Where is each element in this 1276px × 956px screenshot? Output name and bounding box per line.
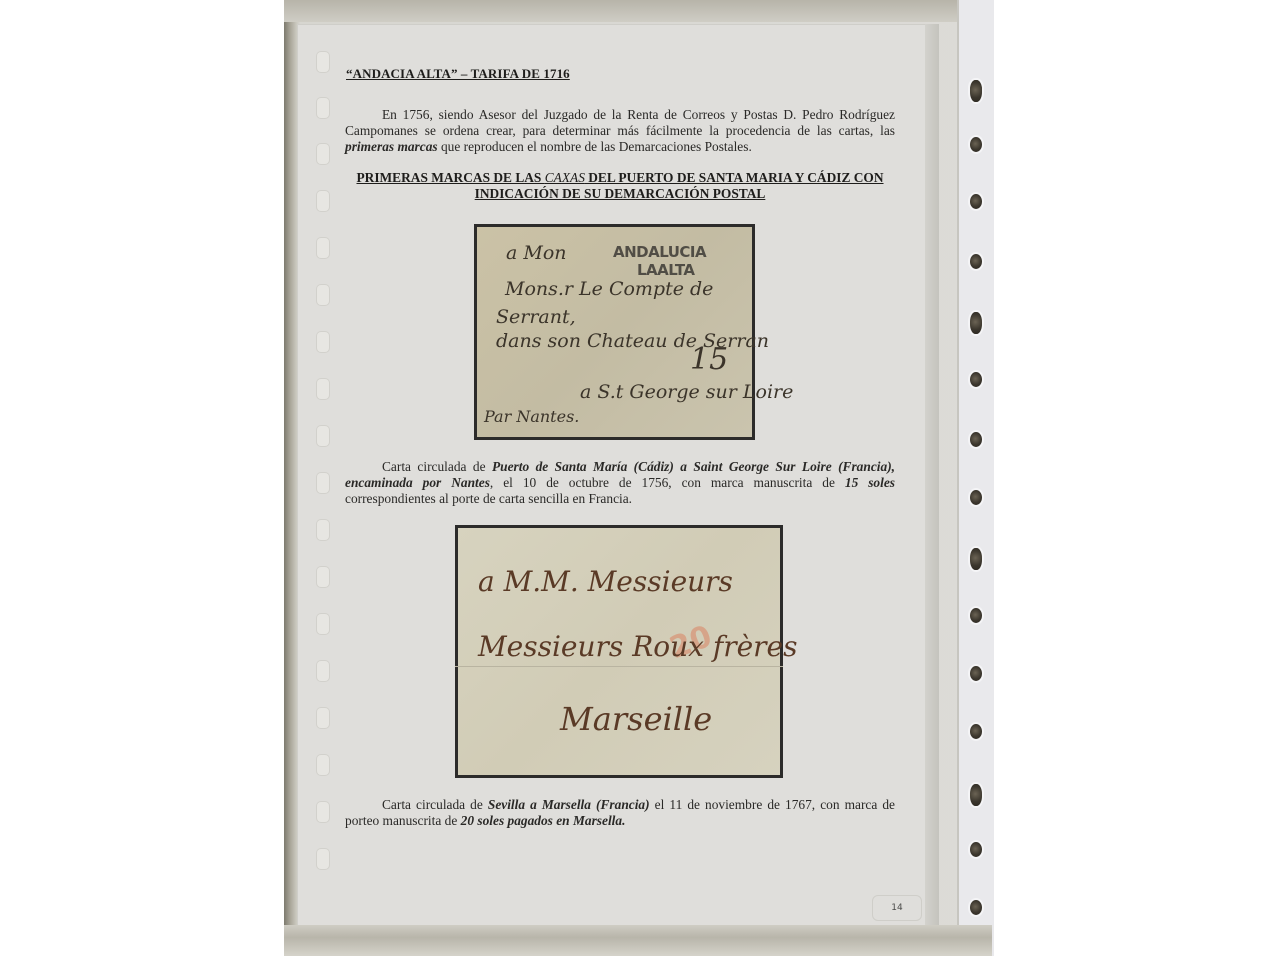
cover1-address-line: a Mon xyxy=(506,242,567,264)
binder-hole xyxy=(970,490,982,505)
binder-hole xyxy=(970,666,982,681)
caption-text: , el 10 de octubre de 1756, con marca ma… xyxy=(490,475,845,490)
section-subheading: PRIMERAS MARCAS DE LAS CAXAS DEL PUERTO … xyxy=(345,170,895,202)
page-punch-hole xyxy=(317,567,329,587)
stamp-line-2: LAALTA xyxy=(637,261,695,279)
page-punch-hole xyxy=(317,473,329,493)
caption-rate: 15 soles xyxy=(845,475,895,490)
binder-hole xyxy=(970,608,982,623)
caption-text: Carta circulada de xyxy=(382,797,488,812)
binder-hole xyxy=(970,254,982,269)
page-punch-hole xyxy=(317,285,329,305)
page-punch-hole xyxy=(317,802,329,822)
cover1-rate-mark: 15 xyxy=(690,342,728,377)
caption-text: correspondientes al porte de carta senci… xyxy=(345,491,632,506)
cover1-address-line: Mons.r Le Compte de xyxy=(505,278,713,300)
binder-hole xyxy=(970,80,982,102)
sleeve-bottom-edge xyxy=(284,925,992,956)
intro-text-end: que reproducen el nombre de las Demarcac… xyxy=(438,139,752,154)
binder-hole xyxy=(970,784,982,806)
page-number: 14 xyxy=(872,895,922,921)
page-punch-hole xyxy=(317,379,329,399)
binder-hole xyxy=(970,372,982,387)
binder-hole xyxy=(970,137,982,152)
intro-text: En 1756, siendo Asesor del Juzgado de la… xyxy=(345,107,895,138)
cover2-address-line: Marseille xyxy=(560,700,712,738)
page-punch-hole xyxy=(317,661,329,681)
page-punch-hole xyxy=(317,191,329,211)
page-punch-hole xyxy=(317,332,329,352)
cover2-address-line: Messieurs Roux frères xyxy=(478,630,798,663)
cover1-address-line: a S.t George sur Loire xyxy=(580,381,793,403)
cover2-caption: Carta circulada de Sevilla a Marsella (F… xyxy=(345,797,895,829)
binder-hole xyxy=(970,900,982,915)
cover1-address-line: Serrant, xyxy=(496,306,576,328)
cover1-caption: Carta circulada de Puerto de Santa María… xyxy=(345,459,895,507)
caption-rate: 20 soles pagados en Marsella. xyxy=(461,813,626,828)
binder-hole xyxy=(970,724,982,739)
cover2-address-line: a M.M. Messieurs xyxy=(478,565,733,598)
page-edge xyxy=(925,24,939,929)
page-punch-hole xyxy=(317,755,329,775)
page-title: “ANDACIA ALTA” – TARIFA DE 1716 xyxy=(346,66,570,82)
page-punch-hole xyxy=(317,52,329,72)
page-punch-hole xyxy=(317,238,329,258)
subheading-text: PRIMERAS MARCAS DE LAS xyxy=(356,170,544,185)
page-punch-hole xyxy=(317,426,329,446)
binder-hole xyxy=(970,312,982,334)
binder-hole xyxy=(970,548,982,570)
subheading-italic: CAXAS xyxy=(545,170,585,185)
page-punch-hole xyxy=(317,144,329,164)
binder-hole xyxy=(970,842,982,857)
sleeve-top-edge xyxy=(284,0,992,22)
cover-fold-line xyxy=(455,666,783,667)
intro-paragraph: En 1756, siendo Asesor del Juzgado de la… xyxy=(345,107,895,155)
page-punch-hole xyxy=(317,708,329,728)
intro-emphasis: primeras marcas xyxy=(345,139,438,154)
binder-hole xyxy=(970,432,982,447)
page-punch-hole xyxy=(317,849,329,869)
page-punch-hole xyxy=(317,98,329,118)
cover1-routing-note: Par Nantes. xyxy=(484,407,579,426)
binder-hole xyxy=(970,194,982,209)
stamp-line-1: ANDALUCIA xyxy=(613,243,706,261)
page-punch-hole xyxy=(317,520,329,540)
caption-text: Carta circulada de xyxy=(382,459,492,474)
caption-route: Sevilla a Marsella (Francia) xyxy=(488,797,650,812)
page-punch-hole xyxy=(317,614,329,634)
